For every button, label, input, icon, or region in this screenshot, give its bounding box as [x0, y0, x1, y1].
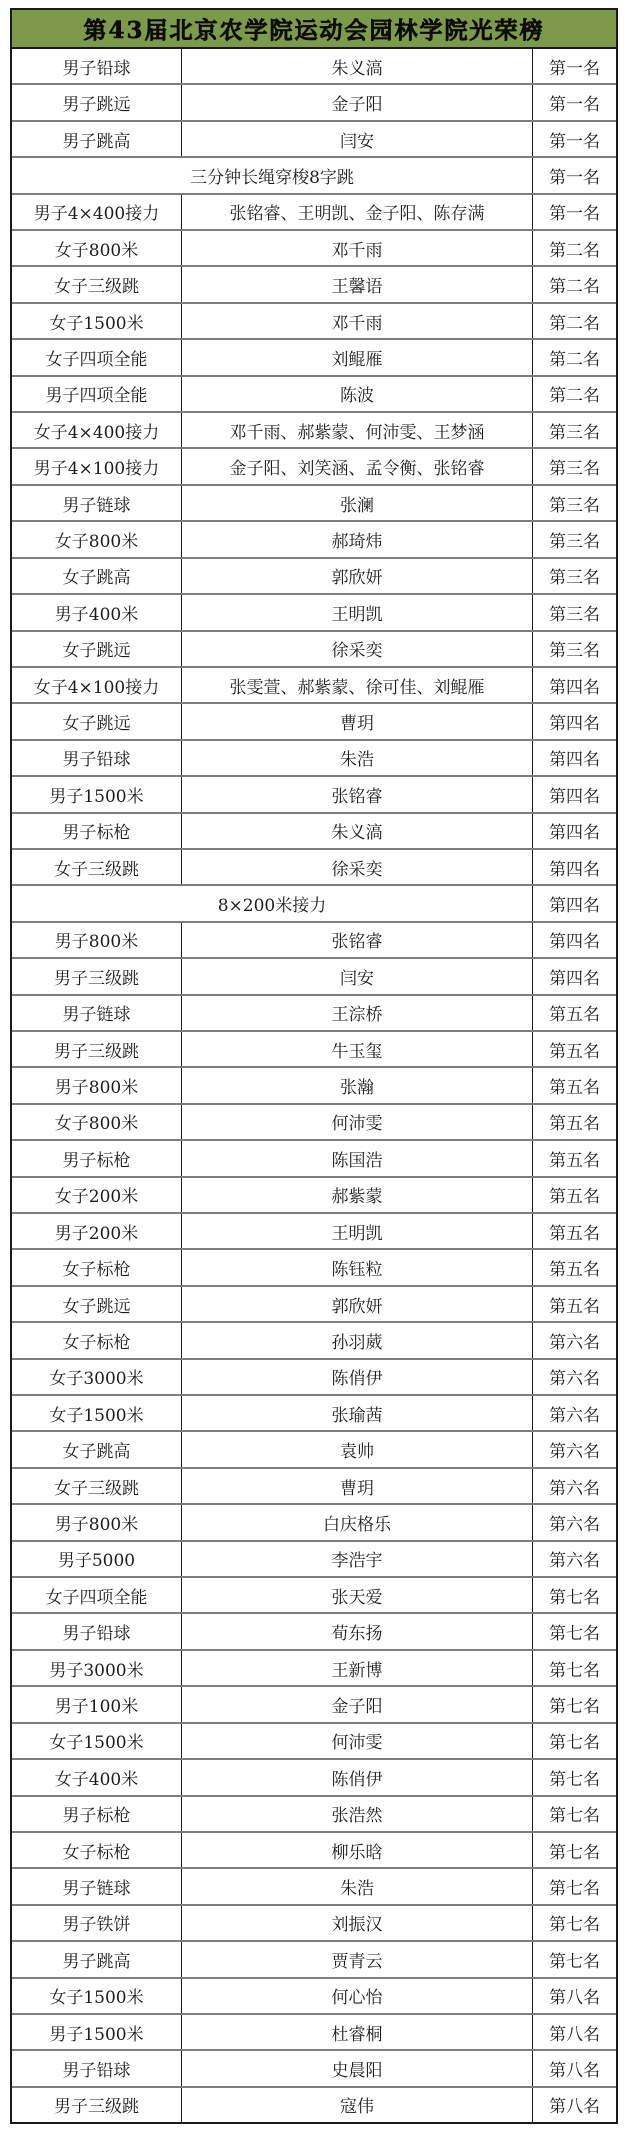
- table-row: 女子800米 邓千雨 第二名: [12, 231, 616, 267]
- athletes-cell: 徐采奕: [182, 632, 533, 666]
- table-row: 女子1500米 邓千雨 第二名: [12, 304, 616, 340]
- rank-cell: 第二名: [533, 267, 616, 301]
- event-cell: 男子铅球: [12, 2051, 182, 2085]
- event-cell: 女子1500米: [12, 304, 182, 338]
- athletes-cell: 闫安: [182, 959, 533, 993]
- event-cell: 男子800米: [12, 1505, 182, 1539]
- athletes-cell: 史晨阳: [182, 2051, 533, 2085]
- table-row: 8×200米接力 第四名: [12, 886, 616, 922]
- athletes-cell: 陈钰粒: [182, 1250, 533, 1284]
- event-cell: 女子跳远: [12, 704, 182, 738]
- athletes-cell: 刘鲲雁: [182, 340, 533, 374]
- table-row: 男子铅球 朱义滈 第一名: [12, 49, 616, 85]
- rank-cell: 第六名: [533, 1432, 616, 1466]
- athletes-cell: 张瑜茜: [182, 1396, 533, 1430]
- athletes-cell: 陈俏伊: [182, 1760, 533, 1794]
- athletes-cell: 张澜: [182, 486, 533, 520]
- event-cell: 女子跳高: [12, 559, 182, 593]
- rank-cell: 第五名: [533, 1105, 616, 1139]
- rank-cell: 第六名: [533, 1505, 616, 1539]
- athletes-cell: 闫安: [182, 122, 533, 156]
- rank-cell: 第五名: [533, 1032, 616, 1066]
- event-cell: 女子1500米: [12, 1724, 182, 1758]
- rank-cell: 第六名: [533, 1360, 616, 1394]
- athletes-cell: 何心怡: [182, 1979, 533, 2013]
- table-row: 男子200米 王明凯 第五名: [12, 1214, 616, 1250]
- rank-cell: 第七名: [533, 1687, 616, 1721]
- event-cell: 男子3000米: [12, 1651, 182, 1685]
- athletes-cell: 牛玉玺: [182, 1032, 533, 1066]
- athletes-cell: 郝紫蒙: [182, 1178, 533, 1212]
- rank-cell: 第六名: [533, 1469, 616, 1503]
- athletes-cell: 张铭睿、王明凯、金子阳、陈存满: [182, 195, 533, 229]
- table-row: 男子链球 张澜 第三名: [12, 486, 616, 522]
- event-cell: 男子铅球: [12, 49, 182, 83]
- event-cell: 三分钟长绳穿梭8字跳: [12, 158, 533, 192]
- athletes-cell: 郭欣妍: [182, 1287, 533, 1321]
- rank-cell: 第二名: [533, 340, 616, 374]
- rank-cell: 第八名: [533, 2015, 616, 2049]
- athletes-cell: 朱义滈: [182, 49, 533, 83]
- event-cell: 男子链球: [12, 486, 182, 520]
- table-row: 男子800米 白庆格乐 第六名: [12, 1505, 616, 1541]
- athletes-cell: 王明凯: [182, 1214, 533, 1248]
- event-cell: 女子四项全能: [12, 340, 182, 374]
- rank-cell: 第七名: [533, 1942, 616, 1976]
- table-row: 女子1500米 何沛雯 第七名: [12, 1724, 616, 1760]
- table-row: 女子跳远 曹玥 第四名: [12, 704, 616, 740]
- event-cell: 女子4×400接力: [12, 413, 182, 447]
- event-cell: 女子跳远: [12, 1287, 182, 1321]
- rank-cell: 第七名: [533, 1869, 616, 1903]
- rank-cell: 第五名: [533, 1178, 616, 1212]
- rank-cell: 第四名: [533, 959, 616, 993]
- table-row: 男子5000 李浩宇 第六名: [12, 1542, 616, 1578]
- event-cell: 女子3000米: [12, 1360, 182, 1394]
- rank-cell: 第四名: [533, 704, 616, 738]
- table-row: 女子标枪 陈钰粒 第五名: [12, 1250, 616, 1286]
- event-cell: 男子铁饼: [12, 1906, 182, 1940]
- athletes-cell: 金子阳、刘笑涵、孟令衡、张铭睿: [182, 449, 533, 483]
- rank-cell: 第四名: [533, 814, 616, 848]
- rank-cell: 第八名: [533, 2088, 616, 2122]
- table-row: 男子链球 王淙桥 第五名: [12, 996, 616, 1032]
- table-row: 女子800米 郝琦炜 第三名: [12, 522, 616, 558]
- table-row: 男子标枪 陈国浩 第五名: [12, 1141, 616, 1177]
- rank-cell: 第三名: [533, 413, 616, 447]
- event-cell: 女子跳远: [12, 632, 182, 666]
- rank-cell: 第三名: [533, 522, 616, 556]
- rank-cell: 第二名: [533, 377, 616, 411]
- event-cell: 女子标枪: [12, 1323, 182, 1357]
- event-cell: 女子四项全能: [12, 1578, 182, 1612]
- event-cell: 男子三级跳: [12, 1032, 182, 1066]
- event-cell: 女子800米: [12, 522, 182, 556]
- event-cell: 女子800米: [12, 231, 182, 265]
- rank-cell: 第五名: [533, 1214, 616, 1248]
- event-cell: 女子三级跳: [12, 850, 182, 884]
- table-row: 男子4×400接力 张铭睿、王明凯、金子阳、陈存满 第一名: [12, 195, 616, 231]
- rank-cell: 第五名: [533, 1287, 616, 1321]
- table-row: 男子三级跳 寇伟 第八名: [12, 2088, 616, 2122]
- rank-cell: 第三名: [533, 449, 616, 483]
- table-row: 女子800米 何沛雯 第五名: [12, 1105, 616, 1141]
- athletes-cell: 邓千雨: [182, 304, 533, 338]
- event-cell: 男子铅球: [12, 1614, 182, 1648]
- event-cell: 男子400米: [12, 595, 182, 629]
- event-cell: 男子标枪: [12, 1141, 182, 1175]
- event-cell: 男子800米: [12, 923, 182, 957]
- event-cell: 男子链球: [12, 996, 182, 1030]
- table-row: 女子四项全能 张天爱 第七名: [12, 1578, 616, 1614]
- athletes-cell: 荀东扬: [182, 1614, 533, 1648]
- athletes-cell: 朱浩: [182, 741, 533, 775]
- athletes-cell: 曹玥: [182, 704, 533, 738]
- event-cell: 男子4×400接力: [12, 195, 182, 229]
- rank-cell: 第六名: [533, 1323, 616, 1357]
- rank-cell: 第二名: [533, 231, 616, 265]
- honor-table-body: 男子铅球 朱义滈 第一名 男子跳远 金子阳 第一名 男子跳高 闫安 第一名 三分…: [12, 49, 616, 2122]
- table-row: 男子四项全能 陈波 第二名: [12, 377, 616, 413]
- rank-cell: 第七名: [533, 1578, 616, 1612]
- athletes-cell: 郭欣妍: [182, 559, 533, 593]
- event-cell: 女子三级跳: [12, 267, 182, 301]
- table-row: 三分钟长绳穿梭8字跳 第一名: [12, 158, 616, 194]
- event-cell: 女子1500米: [12, 1979, 182, 2013]
- table-title: 第43届北京农学院运动会园林学院光荣榜: [12, 10, 616, 49]
- table-row: 男子100米 金子阳 第七名: [12, 1687, 616, 1723]
- athletes-cell: 张瀚: [182, 1068, 533, 1102]
- table-row: 女子跳高 郭欣妍 第三名: [12, 559, 616, 595]
- athletes-cell: 邓千雨、郝紫蒙、何沛雯、王梦涵: [182, 413, 533, 447]
- event-cell: 男子标枪: [12, 814, 182, 848]
- rank-cell: 第四名: [533, 923, 616, 957]
- rank-cell: 第四名: [533, 886, 616, 920]
- athletes-cell: 何沛雯: [182, 1105, 533, 1139]
- event-cell: 男子三级跳: [12, 959, 182, 993]
- table-row: 男子铁饼 刘振汉 第七名: [12, 1906, 616, 1942]
- table-row: 男子跳高 贾青云 第七名: [12, 1942, 616, 1978]
- table-row: 女子1500米 何心怡 第八名: [12, 1979, 616, 2015]
- rank-cell: 第三名: [533, 486, 616, 520]
- rank-cell: 第七名: [533, 1797, 616, 1831]
- athletes-cell: 寇伟: [182, 2088, 533, 2122]
- athletes-cell: 何沛雯: [182, 1724, 533, 1758]
- rank-cell: 第四名: [533, 850, 616, 884]
- table-row: 女子标枪 柳乐晗 第七名: [12, 1833, 616, 1869]
- event-cell: 男子跳高: [12, 122, 182, 156]
- athletes-cell: 张铭睿: [182, 777, 533, 811]
- table-row: 女子三级跳 王馨语 第二名: [12, 267, 616, 303]
- athletes-cell: 金子阳: [182, 1687, 533, 1721]
- rank-cell: 第五名: [533, 996, 616, 1030]
- table-row: 男子1500米 张铭睿 第四名: [12, 777, 616, 813]
- event-cell: 女子标枪: [12, 1833, 182, 1867]
- event-cell: 女子200米: [12, 1178, 182, 1212]
- table-row: 女子三级跳 徐采奕 第四名: [12, 850, 616, 886]
- athletes-cell: 刘振汉: [182, 1906, 533, 1940]
- table-row: 女子四项全能 刘鲲雁 第二名: [12, 340, 616, 376]
- table-row: 男子三级跳 牛玉玺 第五名: [12, 1032, 616, 1068]
- event-cell: 男子链球: [12, 1869, 182, 1903]
- table-row: 男子铅球 荀东扬 第七名: [12, 1614, 616, 1650]
- table-row: 男子三级跳 闫安 第四名: [12, 959, 616, 995]
- table-row: 男子铅球 史晨阳 第八名: [12, 2051, 616, 2087]
- event-cell: 女子800米: [12, 1105, 182, 1139]
- athletes-cell: 柳乐晗: [182, 1833, 533, 1867]
- table-row: 女子标枪 孙羽葳 第六名: [12, 1323, 616, 1359]
- event-cell: 男子跳高: [12, 1942, 182, 1976]
- rank-cell: 第一名: [533, 158, 616, 192]
- rank-cell: 第五名: [533, 1141, 616, 1175]
- athletes-cell: 朱浩: [182, 1869, 533, 1903]
- rank-cell: 第一名: [533, 85, 616, 119]
- table-row: 男子跳高 闫安 第一名: [12, 122, 616, 158]
- athletes-cell: 金子阳: [182, 85, 533, 119]
- event-cell: 男子200米: [12, 1214, 182, 1248]
- table-row: 男子铅球 朱浩 第四名: [12, 741, 616, 777]
- table-row: 女子3000米 陈俏伊 第六名: [12, 1360, 616, 1396]
- athletes-cell: 邓千雨: [182, 231, 533, 265]
- rank-cell: 第三名: [533, 559, 616, 593]
- rank-cell: 第四名: [533, 668, 616, 702]
- athletes-cell: 陈国浩: [182, 1141, 533, 1175]
- rank-cell: 第二名: [533, 304, 616, 338]
- athletes-cell: 徐采奕: [182, 850, 533, 884]
- rank-cell: 第六名: [533, 1542, 616, 1576]
- rank-cell: 第七名: [533, 1760, 616, 1794]
- athletes-cell: 王馨语: [182, 267, 533, 301]
- athletes-cell: 张浩然: [182, 1797, 533, 1831]
- table-row: 女子400米 陈俏伊 第七名: [12, 1760, 616, 1796]
- event-cell: 男子5000: [12, 1542, 182, 1576]
- athletes-cell: 陈波: [182, 377, 533, 411]
- table-row: 男子链球 朱浩 第七名: [12, 1869, 616, 1905]
- athletes-cell: 李浩宇: [182, 1542, 533, 1576]
- event-cell: 男子4×100接力: [12, 449, 182, 483]
- table-row: 男子标枪 朱义滈 第四名: [12, 814, 616, 850]
- table-row: 男子800米 张瀚 第五名: [12, 1068, 616, 1104]
- table-row: 男子4×100接力 金子阳、刘笑涵、孟令衡、张铭睿 第三名: [12, 449, 616, 485]
- athletes-cell: 孙羽葳: [182, 1323, 533, 1357]
- table-row: 男子跳远 金子阳 第一名: [12, 85, 616, 121]
- event-cell: 男子四项全能: [12, 377, 182, 411]
- athletes-cell: 陈俏伊: [182, 1360, 533, 1394]
- rank-cell: 第四名: [533, 777, 616, 811]
- rank-cell: 第一名: [533, 49, 616, 83]
- table-row: 男子标枪 张浩然 第七名: [12, 1797, 616, 1833]
- table-row: 女子三级跳 曹玥 第六名: [12, 1469, 616, 1505]
- event-cell: 女子跳高: [12, 1432, 182, 1466]
- athletes-cell: 袁帅: [182, 1432, 533, 1466]
- table-row: 女子4×400接力 邓千雨、郝紫蒙、何沛雯、王梦涵 第三名: [12, 413, 616, 449]
- rank-cell: 第七名: [533, 1651, 616, 1685]
- rank-cell: 第七名: [533, 1906, 616, 1940]
- athletes-cell: 朱义滈: [182, 814, 533, 848]
- rank-cell: 第八名: [533, 1979, 616, 2013]
- event-cell: 男子跳远: [12, 85, 182, 119]
- rank-cell: 第八名: [533, 2051, 616, 2085]
- athletes-cell: 白庆格乐: [182, 1505, 533, 1539]
- honor-roll-table: 第43届北京农学院运动会园林学院光荣榜 男子铅球 朱义滈 第一名 男子跳远 金子…: [10, 8, 618, 2124]
- table-row: 女子跳高 袁帅 第六名: [12, 1432, 616, 1468]
- table-row: 女子跳远 郭欣妍 第五名: [12, 1287, 616, 1323]
- rank-cell: 第五名: [533, 1250, 616, 1284]
- rank-cell: 第五名: [533, 1068, 616, 1102]
- table-row: 女子4×100接力 张雯萱、郝紫蒙、徐可佳、刘鲲雁 第四名: [12, 668, 616, 704]
- rank-cell: 第一名: [533, 122, 616, 156]
- event-cell: 女子1500米: [12, 1396, 182, 1430]
- athletes-cell: 贾青云: [182, 1942, 533, 1976]
- event-cell: 女子标枪: [12, 1250, 182, 1284]
- event-cell: 男子铅球: [12, 741, 182, 775]
- rank-cell: 第七名: [533, 1724, 616, 1758]
- event-cell: 女子三级跳: [12, 1469, 182, 1503]
- athletes-cell: 王明凯: [182, 595, 533, 629]
- athletes-cell: 张铭睿: [182, 923, 533, 957]
- event-cell: 男子1500米: [12, 777, 182, 811]
- athletes-cell: 曹玥: [182, 1469, 533, 1503]
- table-row: 男子400米 王明凯 第三名: [12, 595, 616, 631]
- athletes-cell: 郝琦炜: [182, 522, 533, 556]
- event-cell: 8×200米接力: [12, 886, 533, 920]
- athletes-cell: 张天爱: [182, 1578, 533, 1612]
- table-row: 男子1500米 杜睿桐 第八名: [12, 2015, 616, 2051]
- rank-cell: 第一名: [533, 195, 616, 229]
- table-row: 男子800米 张铭睿 第四名: [12, 923, 616, 959]
- event-cell: 男子三级跳: [12, 2088, 182, 2122]
- event-cell: 女子4×100接力: [12, 668, 182, 702]
- event-cell: 男子800米: [12, 1068, 182, 1102]
- event-cell: 男子标枪: [12, 1797, 182, 1831]
- athletes-cell: 王淙桥: [182, 996, 533, 1030]
- rank-cell: 第三名: [533, 595, 616, 629]
- rank-cell: 第七名: [533, 1833, 616, 1867]
- rank-cell: 第六名: [533, 1396, 616, 1430]
- rank-cell: 第四名: [533, 741, 616, 775]
- event-cell: 男子1500米: [12, 2015, 182, 2049]
- table-row: 男子3000米 王新博 第七名: [12, 1651, 616, 1687]
- athletes-cell: 杜睿桐: [182, 2015, 533, 2049]
- athletes-cell: 张雯萱、郝紫蒙、徐可佳、刘鲲雁: [182, 668, 533, 702]
- table-row: 女子1500米 张瑜茜 第六名: [12, 1396, 616, 1432]
- rank-cell: 第七名: [533, 1614, 616, 1648]
- event-cell: 男子100米: [12, 1687, 182, 1721]
- table-row: 女子200米 郝紫蒙 第五名: [12, 1178, 616, 1214]
- rank-cell: 第三名: [533, 632, 616, 666]
- event-cell: 女子400米: [12, 1760, 182, 1794]
- table-row: 女子跳远 徐采奕 第三名: [12, 632, 616, 668]
- athletes-cell: 王新博: [182, 1651, 533, 1685]
